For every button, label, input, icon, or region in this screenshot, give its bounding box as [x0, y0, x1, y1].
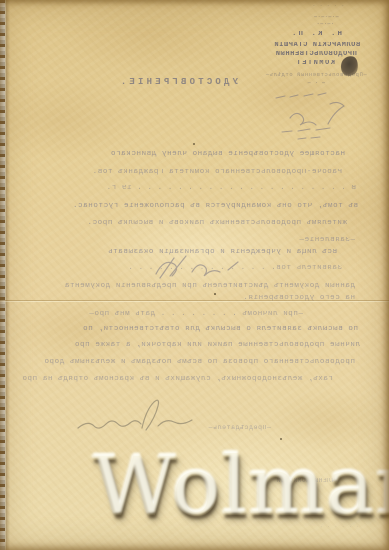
ink-speck — [193, 143, 195, 145]
body-line: В . . . . . . . . . . . . . . . . . . . … — [18, 185, 356, 193]
body-line: —при личномъ . . . . . . . . дать мнѣ пр… — [20, 311, 303, 319]
body-line: гахъ, желѣзнодорожныхъ, служащихъ и въ к… — [15, 376, 333, 384]
document-title: УДОСТОВЃРЕНІЕ. — [88, 78, 238, 87]
stub-edge-shadow — [6, 0, 10, 550]
body-line: Рабоче-Продовольственнаго комитета Гражд… — [20, 169, 342, 177]
letterhead-line-department: —Продовольственный отдѣлъ— — [255, 72, 377, 78]
letterhead-line-committee-3: КОМИТЕТ — [283, 60, 347, 67]
body-line: данный документъ дѣйствителенъ при предъ… — [18, 283, 355, 291]
body-line: по высылкѣ заявителя о высылкѣ для отвѣт… — [18, 326, 358, 334]
ink-speck — [214, 293, 216, 295]
watermark-wolmar: Wolmar — [93, 448, 389, 529]
letterhead-block: · · · · · —·—·—·— ·—·—· Н. К. П. ВОЛМАРС… — [253, 4, 379, 58]
letterhead-line: ·—·—· — [287, 22, 363, 27]
fold-crease-line — [0, 300, 389, 303]
ink-speck — [280, 438, 282, 440]
body-line: Настоящее удостовѣреніе выдано члену Дви… — [35, 151, 345, 159]
body-line: въ томъ, что онъ командируется въ распол… — [18, 203, 358, 211]
letterhead-line: · · · · · — [293, 4, 363, 9]
body-line: личные продовольственные пайки или карто… — [15, 342, 360, 350]
letterhead-line-committee-1: ВОЛМАРСКІЙ СТАРШІЙ — [261, 42, 373, 49]
body-line: жителямъ продовольственныхъ пайковъ и вы… — [20, 220, 347, 228]
chairman-label: —Предсѣдатель— — [197, 425, 271, 432]
letterhead-line-nkp: Н. К. П. — [287, 31, 345, 39]
body-line: —Заявленіе— — [285, 237, 355, 245]
document-photo: · · · · · —·—·—·— ·—·—· Н. К. П. ВОЛМАРС… — [0, 0, 389, 550]
bottom-small-text: · · · · · · — [303, 525, 359, 530]
handwriting-signature — [72, 398, 197, 438]
letterhead-line: —·—·—·— — [281, 15, 371, 20]
handwriting-mid-scribble — [140, 250, 250, 284]
letterhead-line: — · — — [293, 81, 339, 86]
body-line: продовольственнаго провоза по всѣмъ поѣз… — [15, 359, 355, 367]
handwriting-date-scribble — [268, 92, 368, 144]
